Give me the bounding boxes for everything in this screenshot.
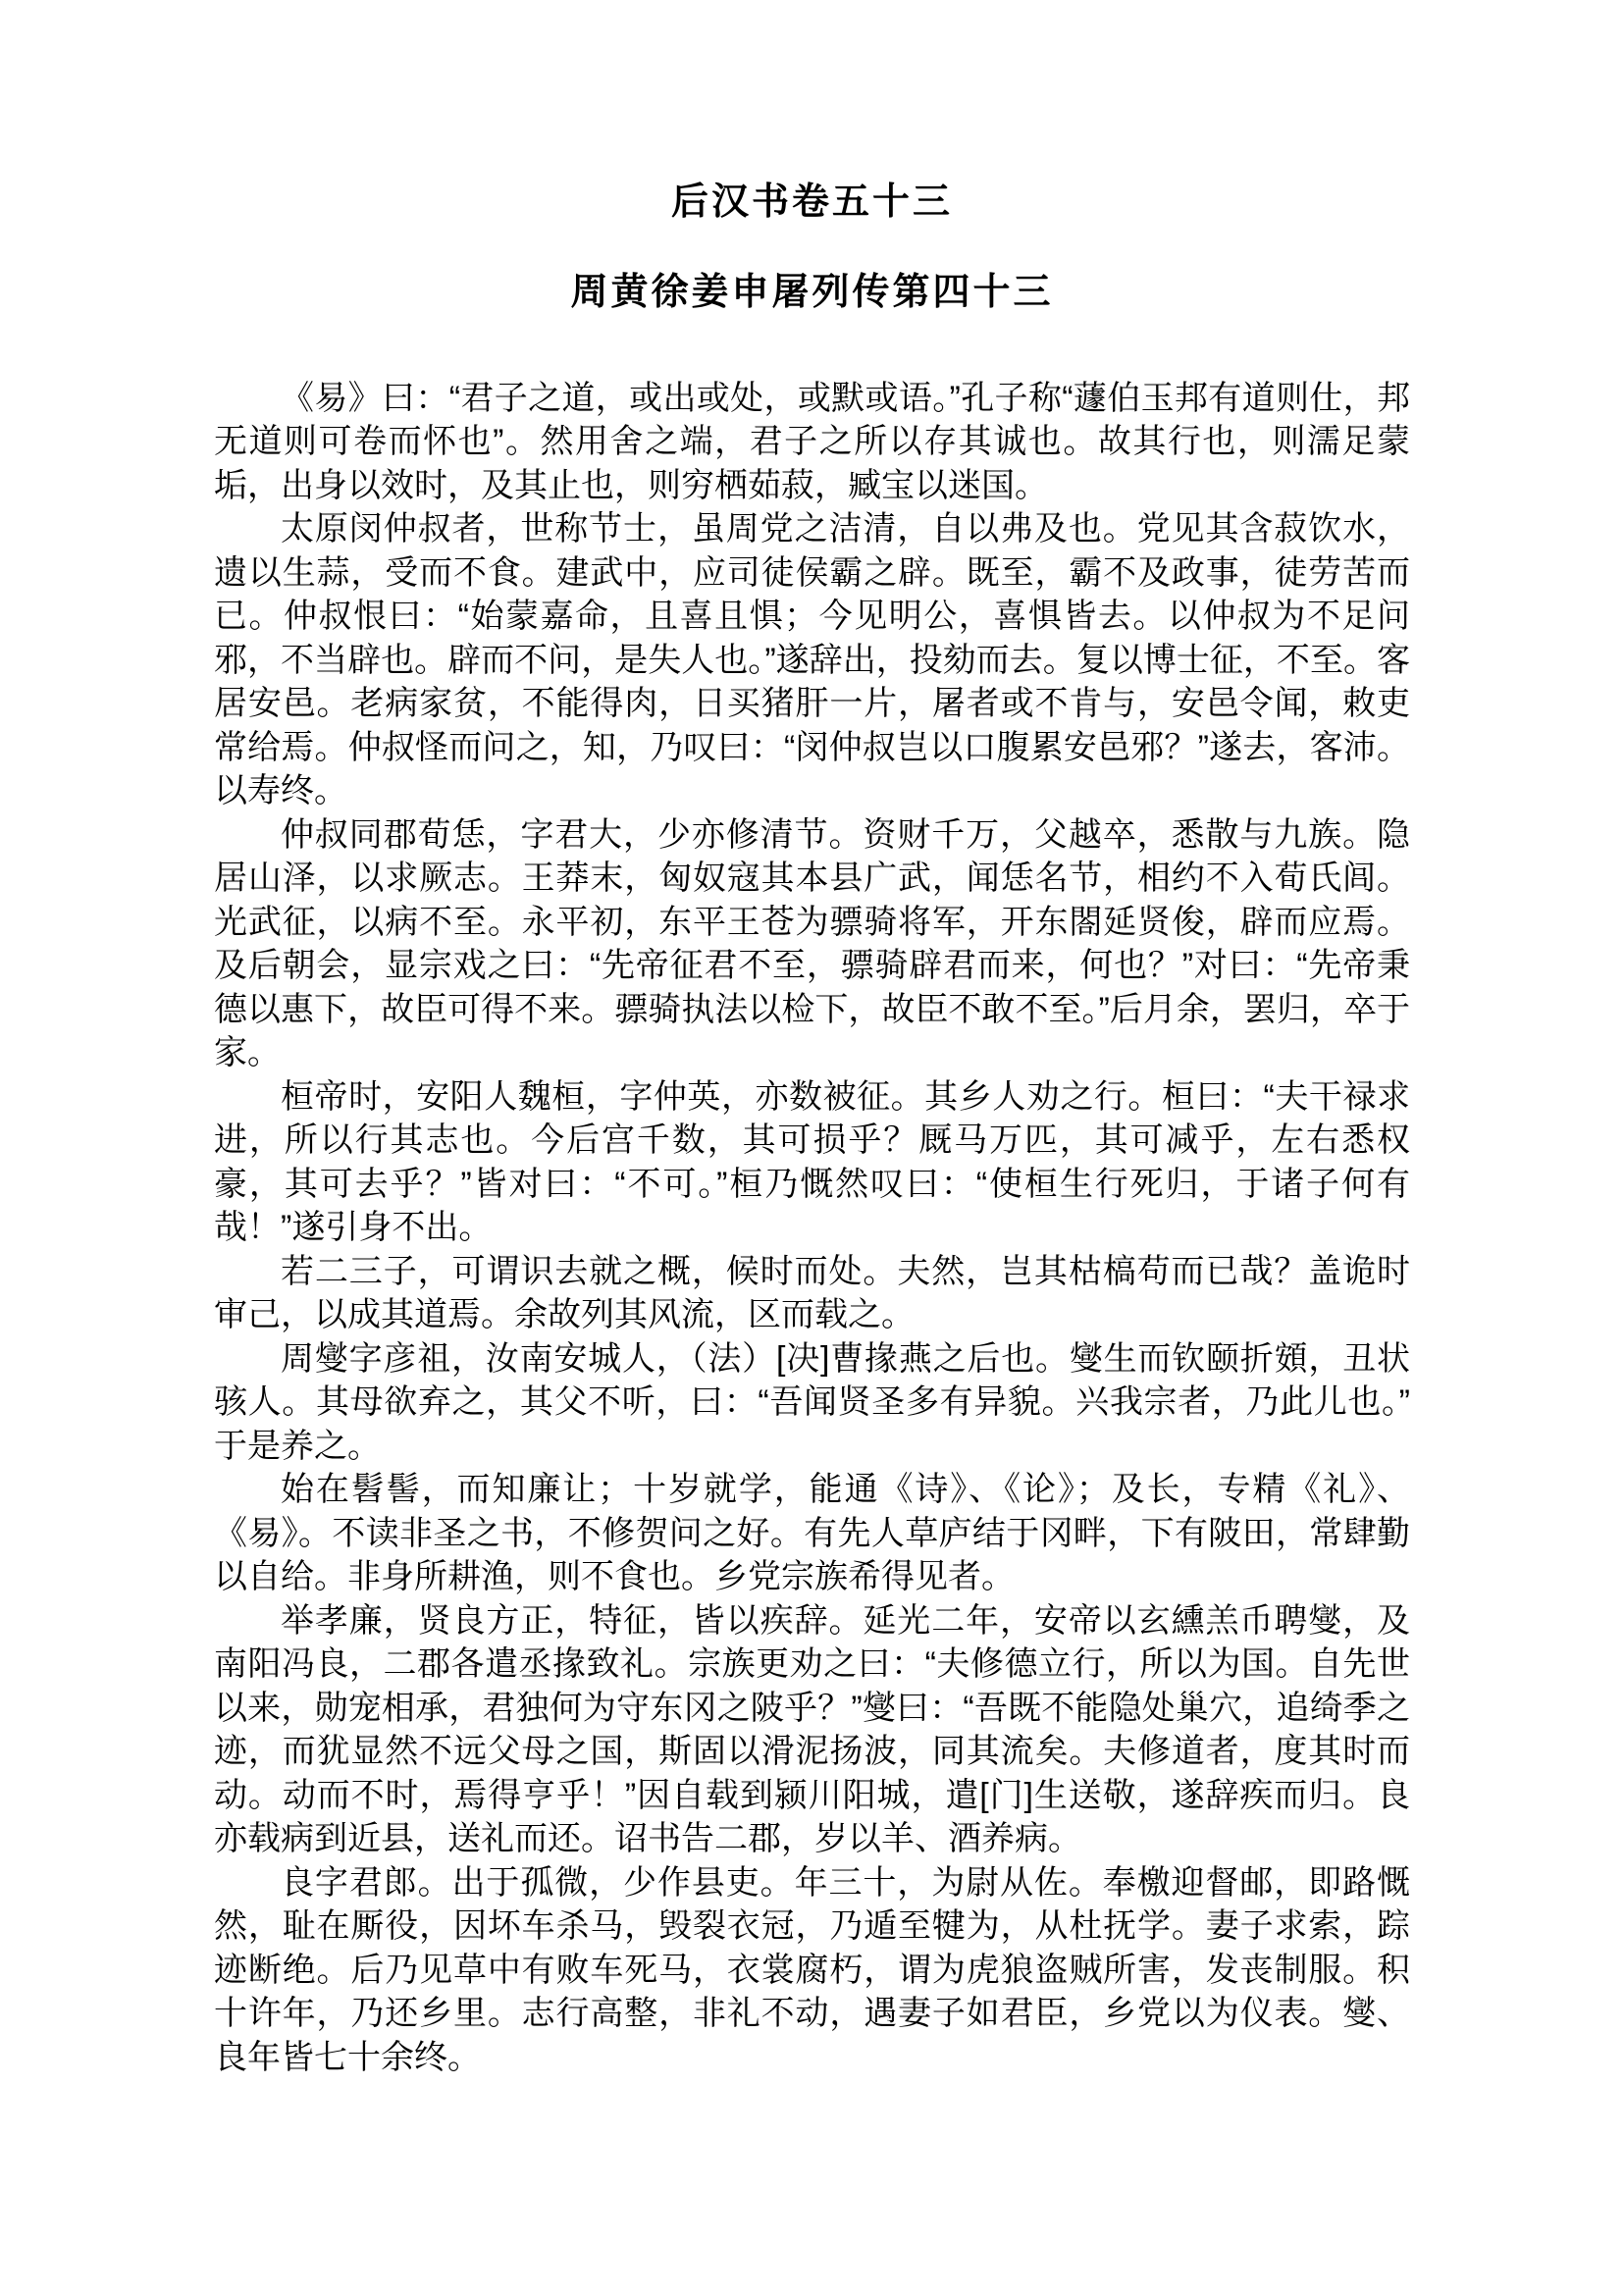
chapter-title: 后汉书卷五十三 — [214, 182, 1410, 224]
document-body: 后汉书卷五十三 周黄徐姜申屠列传第四十三 《易》曰：“君子之道，或出或处，或默或… — [0, 0, 1624, 2079]
section-title: 周黄徐姜申屠列传第四十三 — [214, 273, 1410, 314]
paragraph: 桓帝时，安阳人魏桓，字仲英，亦数被征。其乡人劝之行。桓曰：“夫干禄求进，所以行其… — [214, 1075, 1410, 1250]
paragraphs: 《易》曰：“君子之道，或出或处，或默或语。”孔子称“蘧伯玉邦有道则仕，邦无道则可… — [214, 377, 1410, 2080]
paragraph: 举孝廉，贤良方正，特征，皆以疾辞。延光二年，安帝以玄纁羔币聘燮，及南阳冯良，二郡… — [214, 1599, 1410, 1861]
paragraph: 《易》曰：“君子之道，或出或处，或默或语。”孔子称“蘧伯玉邦有道则仕，邦无道则可… — [214, 377, 1410, 508]
paragraph: 周燮字彦祖，汝南安城人，（法）[决]曹掾燕之后也。燮生而钦颐折頞，丑状骇人。其母… — [214, 1337, 1410, 1469]
document-page: 后汉书卷五十三 周黄徐姜申屠列传第四十三 《易》曰：“君子之道，或出或处，或默或… — [0, 0, 1624, 2294]
paragraph: 太原闵仲叔者，世称节士，虽周党之洁清，自以弗及也。党见其含菽饮水，遗以生蒜，受而… — [214, 507, 1410, 813]
paragraph: 始在髫髻，而知廉让；十岁就学，能通《诗》、《论》；及长，专精《礼》、《易》。不读… — [214, 1468, 1410, 1599]
paragraph: 仲叔同郡荀恁，字君大，少亦修清节。资财千万，父越卒，悉散与九族。隐居山泽，以求厥… — [214, 813, 1410, 1075]
paragraph: 良字君郎。出于孤微，少作县吏。年三十，为尉从佐。奉檄迎督邮，即路慨然，耻在厮役，… — [214, 1861, 1410, 2080]
paragraph: 若二三子，可谓识去就之概，候时而处。夫然，岂其枯槁苟而已哉？盖诡时审己，以成其道… — [214, 1250, 1410, 1337]
